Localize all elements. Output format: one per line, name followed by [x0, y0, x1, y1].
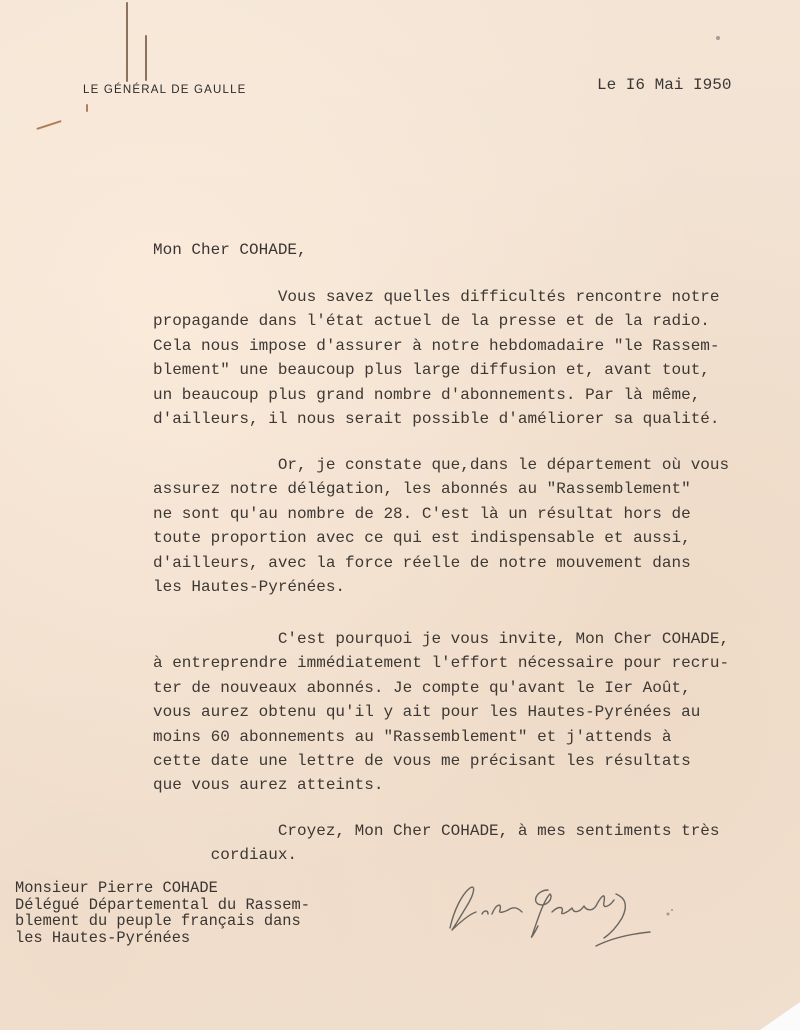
letterhead: LE GÉNÉRAL DE GAULLE — [83, 84, 247, 96]
dot-mark — [716, 36, 720, 40]
body-paragraph-2: Or, je constate que,dans le département … — [153, 453, 729, 599]
ink-stroke-mark — [145, 35, 147, 81]
letter-page: LE GÉNÉRAL DE GAULLE Le I6 Mai I950 Mon … — [0, 0, 800, 1030]
ink-stroke-mark — [126, 2, 128, 82]
ink-stroke-mark — [86, 104, 88, 112]
salutation: Mon Cher COHADE, — [153, 241, 307, 259]
ink-stroke-mark — [36, 120, 61, 130]
recipient-address: Monsieur Pierre COHADE Délégué Départeme… — [15, 880, 310, 946]
body-paragraph-3: C'est pourquoi je vous invite, Mon Cher … — [153, 627, 729, 798]
paper-corner — [760, 1002, 800, 1030]
signature-icon — [440, 870, 680, 960]
body-paragraph-1: Vous savez quelles difficultés rencontre… — [153, 285, 720, 431]
handwritten-signature — [440, 870, 680, 960]
letter-date: Le I6 Mai I950 — [597, 76, 731, 94]
closing-formula: Croyez, Mon Cher COHADE, à mes sentiment… — [153, 819, 720, 868]
